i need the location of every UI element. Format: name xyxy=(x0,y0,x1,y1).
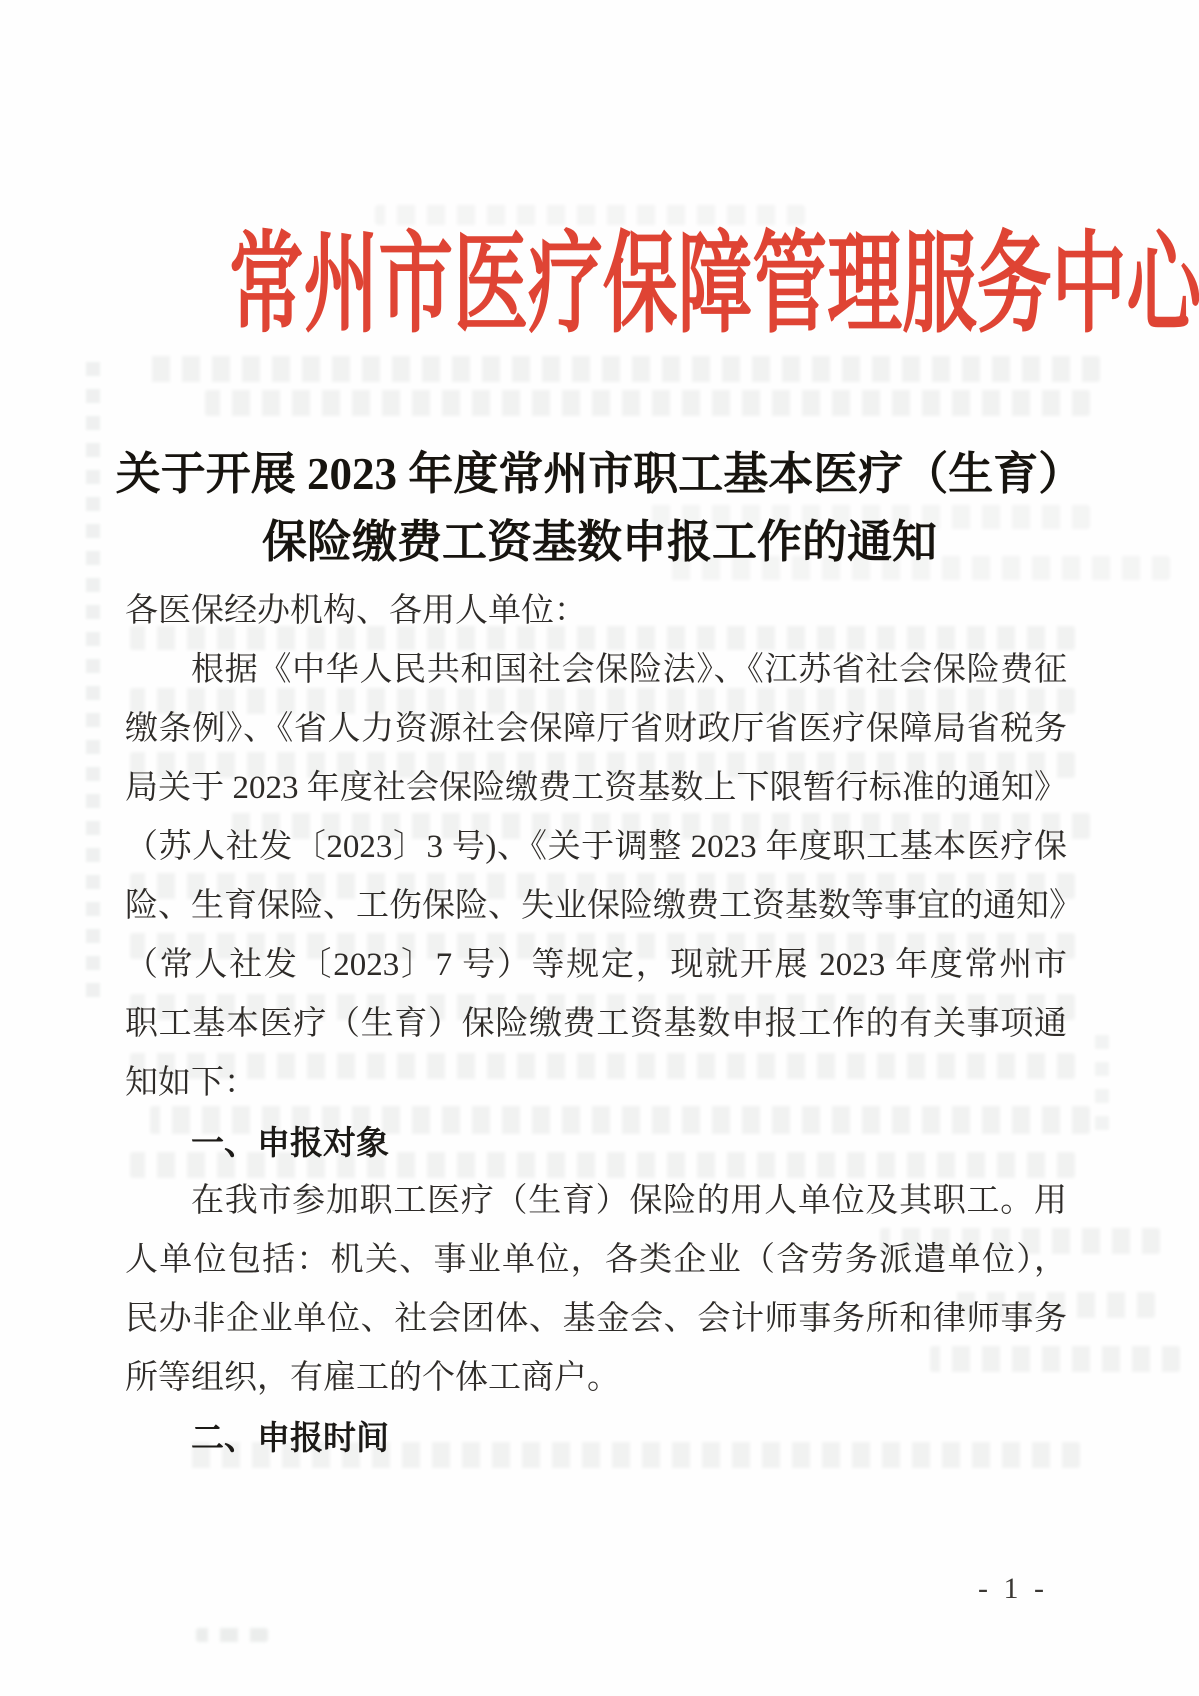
body-line: 在我市参加职工医疗（生育）保险的用人单位及其职工。用 xyxy=(125,1172,1067,1231)
body-line: （苏人社发〔2023〕3 号)、《关于调整 2023 年度职工基本医疗保 xyxy=(125,818,1067,877)
bleedthrough-artifact xyxy=(205,390,1090,416)
agency-letterhead-text: 常州市医疗保障管理服务中心 xyxy=(229,228,1199,342)
salutation: 各医保经办机构、各用人单位： xyxy=(125,582,1067,641)
document-title-line2: 保险缴费工资基数申报工作的通知 xyxy=(0,508,1199,576)
body-line: 缴条例》、《省人力资源社会保障厅省财政厅省医疗保障局省税务 xyxy=(125,700,1067,759)
bleedthrough-artifact xyxy=(150,356,1100,382)
body-line: 职工基本医疗（生育）保险缴费工资基数申报工作的有关事项通 xyxy=(125,995,1067,1054)
bleedthrough-artifact xyxy=(375,205,805,225)
body-line: 人单位包括：机关、事业单位，各类企业（含劳务派遣单位）， xyxy=(125,1231,1067,1290)
body-lines: 根据《中华人民共和国社会保险法》、《江苏省社会保险费征缴条例》、《省人力资源社会… xyxy=(125,641,1067,1467)
document-title: 关于开展 2023 年度常州市职工基本医疗（生育） 保险缴费工资基数申报工作的通… xyxy=(0,440,1199,576)
page-number: - 1 - xyxy=(903,1572,1123,1606)
body-line: 根据《中华人民共和国社会保险法》、《江苏省社会保险费征 xyxy=(125,641,1067,700)
body-line: 所等组织，有雇工的个体工商户。 xyxy=(125,1349,1067,1408)
bleedthrough-artifact xyxy=(1095,1035,1109,1140)
body-line: 险、生育保险、工伤保险、失业保险缴费工资基数等事宜的通知》 xyxy=(125,877,1067,936)
body-line: 民办非企业单位、社会团体、基金会、会计师事务所和律师事务 xyxy=(125,1290,1067,1349)
body-line: （常人社发〔2023〕7 号）等规定，现就开展 2023 年度常州市 xyxy=(125,936,1067,995)
section-heading: 二、申报时间 xyxy=(125,1408,1067,1467)
scanned-document-page: 常州市医疗保障管理服务中心 关于开展 2023 年度常州市职工基本医疗（生育） … xyxy=(0,0,1199,1696)
body-line: 局关于 2023 年度社会保险缴费工资基数上下限暂行标准的通知》 xyxy=(125,759,1067,818)
document-body: 各医保经办机构、各用人单位： 根据《中华人民共和国社会保险法》、《江苏省社会保险… xyxy=(125,582,1067,1467)
section-heading: 一、申报对象 xyxy=(125,1113,1067,1172)
body-line: 知如下： xyxy=(125,1054,1067,1113)
bleedthrough-artifact xyxy=(196,1628,268,1642)
agency-letterhead: 常州市医疗保障管理服务中心 xyxy=(0,228,1199,342)
document-title-line1: 关于开展 2023 年度常州市职工基本医疗（生育） xyxy=(0,440,1199,508)
